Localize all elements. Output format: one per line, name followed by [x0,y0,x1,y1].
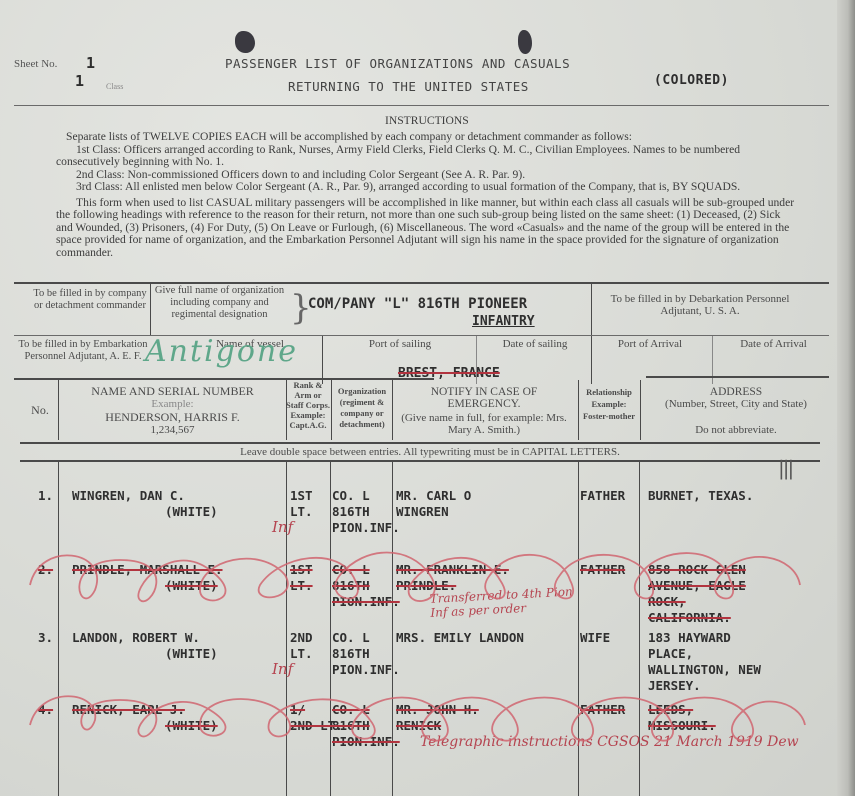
entry-name: RENICK, EARL J. [72,702,185,718]
instruction-p2: 1st Class: Officers arranged according t… [56,144,796,169]
instruction-p1: Separate lists of TWELVE COPIES EACH wil… [56,131,796,144]
form-title: PASSENGER LIST OF ORGANIZATIONS AND CASU… [225,56,570,71]
company-cmdr-label: To be filled in by company or detachment… [30,288,150,312]
punch-hole-left [235,31,255,53]
col-address-title: ADDRESS [646,386,826,398]
entry-organization: CO. L 816TH PION.INF. [332,488,400,536]
col-address-sub: (Number, Street, City and State) [646,398,826,410]
port-arrival-label: Port of Arrival [600,338,700,350]
entry-rank: 2ND LT. [290,630,313,662]
class-label: Class [106,82,123,91]
entry-number: 4. [38,702,53,718]
col-notify-sub: (Give name in full, for example: Mrs. Ma… [396,412,572,436]
entry-address: 858 ROCK GLEN AVENUE, EAGLE ROCK, CALIFO… [648,562,746,626]
entry-handwritten-annotation: Inf [272,660,293,678]
org-name-value-line2: INFANTRY [472,314,535,330]
class-number: 1 [75,72,85,90]
margin-tally: ||| [778,456,792,480]
punch-hole-right [518,30,532,54]
entry-relationship: WIFE [580,630,610,646]
col-address-note: Do not abbreviate. [646,424,826,436]
date-arrival-label: Date of Arrival [716,338,831,350]
page-edge [837,0,855,796]
col-rank: Rank & Arm or Staff Corps. Example: Capt… [286,380,330,430]
entry-notify: MR. JOHN H. RENICK [396,702,479,734]
entry-address: 183 HAYWARD PLACE, WALLINGTON, NEW JERSE… [648,630,761,694]
entry-race: (WHITE) [165,646,218,662]
entry-address: BURNET, TEXAS. [648,488,753,504]
col-no: No. [22,404,58,416]
org-name-label: Give full name of organization including… [152,285,287,321]
entry-relationship: FATHER [580,562,625,578]
instructions-heading: INSTRUCTIONS [385,115,469,128]
sheet-number: 1 [86,54,96,72]
col-name-example-label: Example: [60,398,285,410]
entry-address: LEEDS, MISSOURI. [648,702,716,734]
instructions-text: Separate lists of TWELVE COPIES EACH wil… [56,131,796,259]
col-notify-title: NOTIFY IN CASE OF EMERGENCY. [396,386,572,410]
col-name-title: NAME AND SERIAL NUMBER [60,385,285,397]
form-subtitle: RETURNING TO THE UNITED STATES [288,79,529,94]
notice: Leave double space between entries. All … [180,446,680,458]
entry-relationship: FATHER [580,488,625,504]
entry-name: WINGREN, DAN C. [72,488,185,504]
entry-relationship: FATHER [580,702,625,718]
embarkation-label: To be filled in by Embarkation Personnel… [18,339,148,363]
entry-notify: MR. CARL O WINGREN [396,488,471,520]
port-sailing-label: Port of sailing [330,338,470,350]
entry-rank: 1ST LT. [290,488,313,520]
col-relationship: Relationship Example: Foster-mother [578,386,640,422]
org-name-value-line1: COM/PANY "L" 816TH PIONEER [308,296,527,312]
entry-organization: CO. L 816TH PION.INF. [332,702,400,750]
col-name-example-serial: 1,234,567 [60,424,285,436]
entry-handwritten-annotation: Telegraphic instructions CGSOS 21 March … [420,734,800,750]
instruction-p4: 3rd Class: All enlisted men below Color … [56,181,796,194]
entry-name: LANDON, ROBERT W. [72,630,200,646]
entry-race: (WHITE) [165,718,218,734]
entry-handwritten-annotation: Inf [272,518,293,536]
entry-number: 2. [38,562,53,578]
colored-designation: (COLORED) [654,73,729,88]
vessel-name-handwritten: Antigone [145,334,298,369]
entry-name: PRINDLE, MARSHALL E. [72,562,223,578]
entry-number: 3. [38,630,53,646]
col-organization: Organization (regiment & company or deta… [332,386,392,430]
col-name-example: HENDERSON, HARRIS F. [60,411,285,423]
sheet-label: Sheet No. [14,58,57,70]
entry-race: (WHITE) [165,578,218,594]
entry-organization: CO. L 816TH PION.INF. [332,630,400,678]
instruction-p5: This form when used to list CASUAL milit… [56,197,796,260]
entry-number: 1. [38,488,53,504]
date-sailing-label: Date of sailing [480,338,590,350]
entry-race: (WHITE) [165,504,218,520]
entry-organization: CO. L 816TH PION.INF. [332,562,400,610]
entry-notify: MRS. EMILY LANDON [396,630,524,646]
entry-rank: 1ST LT. [290,562,313,594]
debarkation-label: To be filled in by Debarkation Personnel… [600,293,800,317]
